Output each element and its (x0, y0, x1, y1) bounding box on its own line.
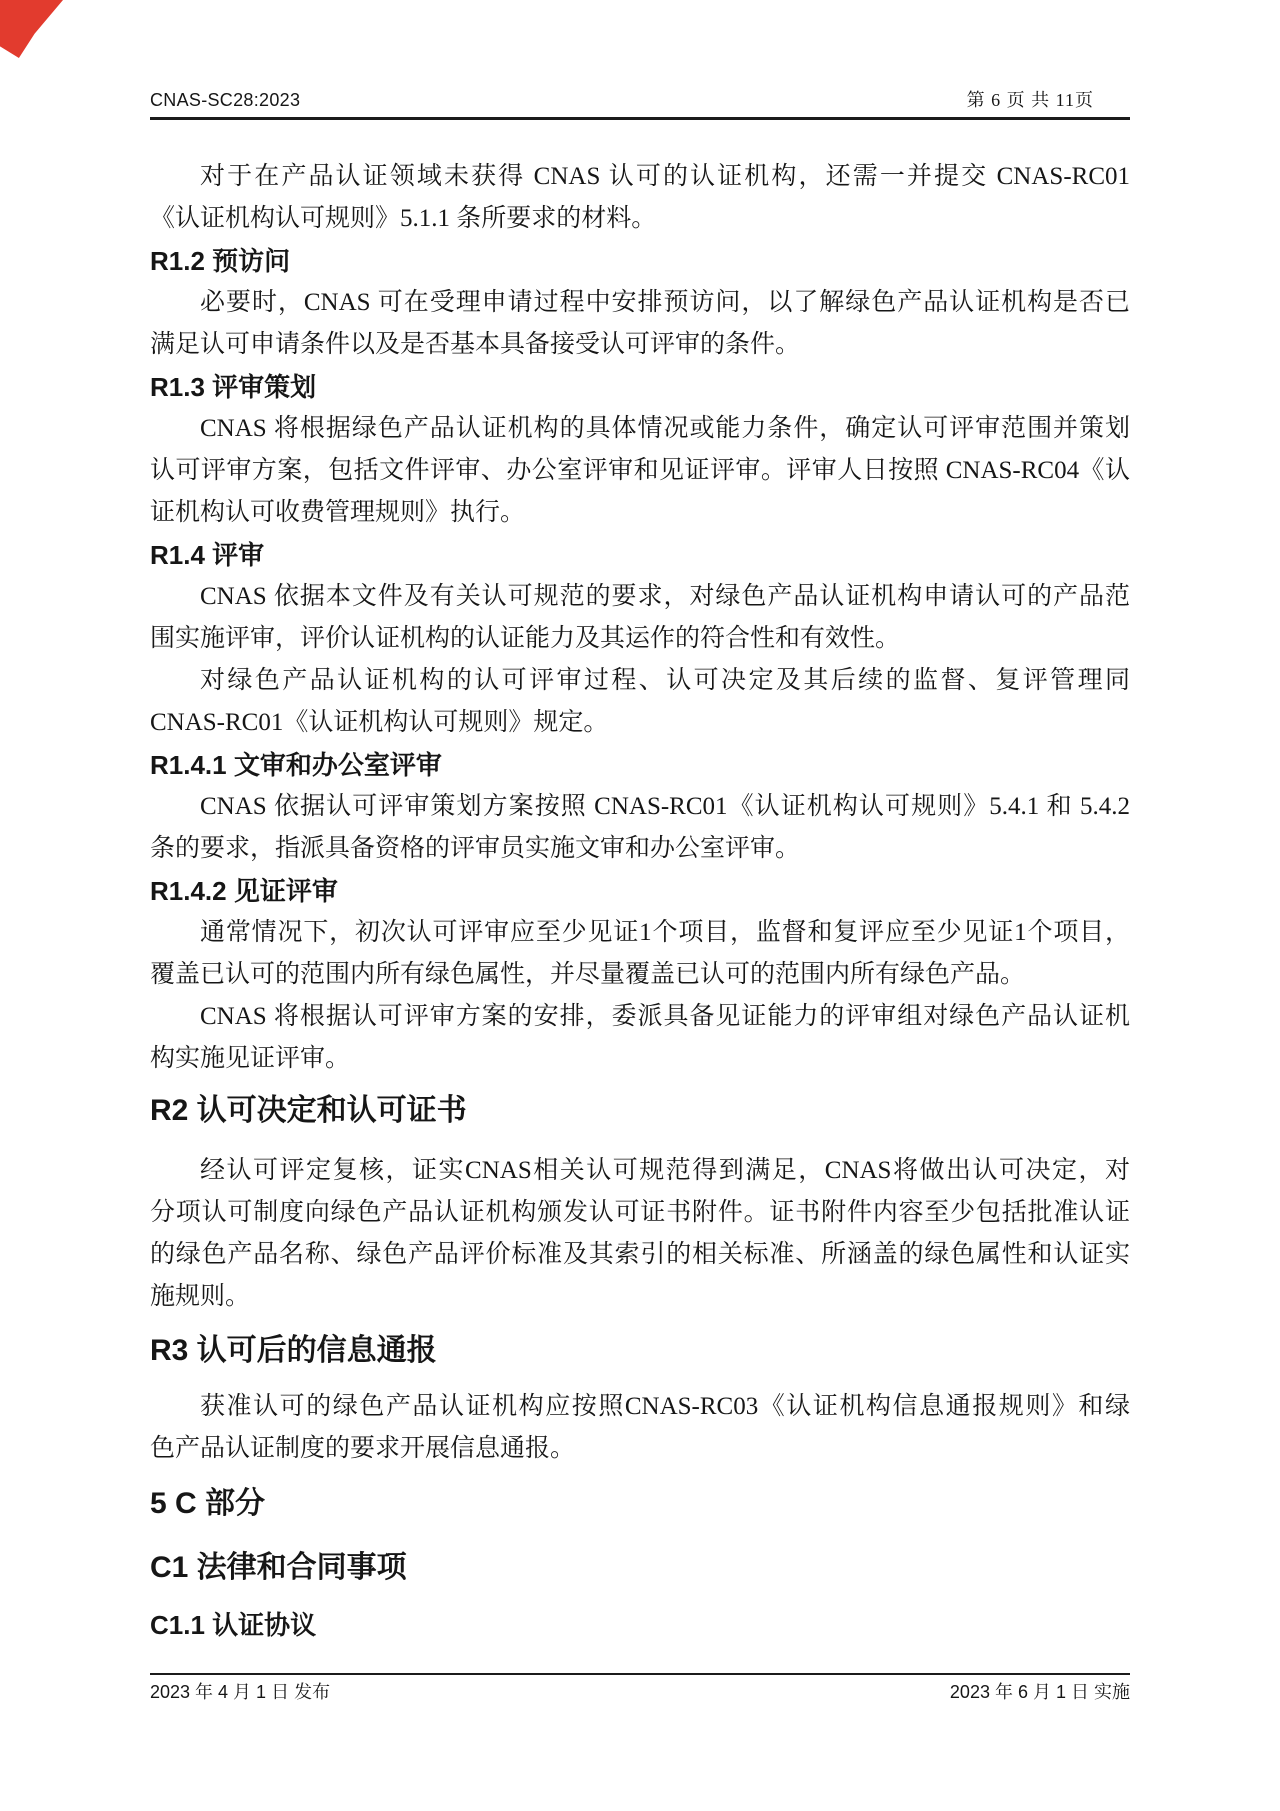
text-line: 经认可评定复核，证实CNAS相关认可规范得到满足，CNAS将做出认可决定，对 (150, 1150, 1130, 1192)
heading-r1-4-1: R1.4.1 文审和办公室评审 (150, 744, 1130, 786)
text-line: 获准认可的绿色产品认证机构应按照CNAS-RC03《认证机构信息通报规则》和绿 (150, 1386, 1130, 1428)
paragraph-rc01-materials: 对于在产品认证领域未获得 CNAS 认可的认证机构，还需一并提交 CNAS-RC… (150, 156, 1130, 240)
text-line: CNAS-RC01《认证机构认可规则》规定。 (150, 702, 1130, 744)
heading-5c: 5 C 部分 (150, 1481, 1130, 1527)
text-line: CNAS 将根据绿色产品认证机构的具体情况或能力条件，确定认可评审范围并策划 (150, 408, 1130, 450)
text-line: CNAS 将根据认可评审方案的安排，委派具备见证能力的评审组对绿色产品认证机 (150, 996, 1130, 1038)
text-line: 围实施评审，评价认证机构的认证能力及其运作的符合性和有效性。 (150, 618, 1130, 660)
heading-text: R3 认可后的信息通报 (150, 1328, 1130, 1374)
text-line: 施规则。 (150, 1276, 1130, 1318)
paragraph-information-reporting: 获准认可的绿色产品认证机构应按照CNAS-RC03《认证机构信息通报规则》和绿色… (150, 1386, 1130, 1470)
text-line: 色产品认证制度的要求开展信息通报。 (150, 1428, 1130, 1470)
heading-text: R1.4.2 见证评审 (150, 870, 1130, 912)
text-line: 《认证机构认可规则》5.1.1 条所要求的材料。 (150, 198, 1130, 240)
header-page-number: 第 6 页 共 11页 (967, 88, 1130, 112)
paragraph-assessment-scope: CNAS 依据本文件及有关认可规范的要求，对绿色产品认证机构申请认可的产品范围实… (150, 576, 1130, 660)
heading-text: C1 法律和合同事项 (150, 1545, 1130, 1591)
header-rule (150, 117, 1130, 120)
text-line: CNAS 依据认可评审策划方案按照 CNAS-RC01《认证机构认可规则》5.4… (150, 786, 1130, 828)
heading-text: R1.2 预访问 (150, 240, 1130, 282)
text-line: 证机构认可收费管理规则》执行。 (150, 492, 1130, 534)
paragraph-assessment-planning: CNAS 将根据绿色产品认证机构的具体情况或能力条件，确定认可评审范围并策划认可… (150, 408, 1130, 534)
heading-text: R1.3 评审策划 (150, 366, 1130, 408)
heading-text: R2 认可决定和认可证书 (150, 1088, 1130, 1134)
text-line: 认可评审方案，包括文件评审、办公室评审和见证评审。评审人日按照 CNAS-RC0… (150, 450, 1130, 492)
text-line: 必要时，CNAS 可在受理申请过程中安排预访问，以了解绿色产品认证机构是否已 (150, 282, 1130, 324)
paragraph-accreditation-decision: 经认可评定复核，证实CNAS相关认可规范得到满足，CNAS将做出认可决定，对分项… (150, 1150, 1130, 1318)
heading-r3: R3 认可后的信息通报 (150, 1328, 1130, 1374)
paragraph-witness-requirements: 通常情况下，初次认可评审应至少见证1个项目，监督和复评应至少见证1个项目，覆盖已… (150, 912, 1130, 996)
heading-r1-3: R1.3 评审策划 (150, 366, 1130, 408)
footer-implementation-date: 2023 年 6 月 1 日 实施 (950, 1680, 1130, 1704)
paragraph-document-review: CNAS 依据认可评审策划方案按照 CNAS-RC01《认证机构认可规则》5.4… (150, 786, 1130, 870)
paragraph-pre-visit: 必要时，CNAS 可在受理申请过程中安排预访问，以了解绿色产品认证机构是否已满足… (150, 282, 1130, 366)
document-page: CNAS-SC28:2023 第 6 页 共 11页 对于在产品认证领域未获得 … (0, 0, 1280, 1811)
heading-r1-4: R1.4 评审 (150, 534, 1130, 576)
text-line: 满足认可申请条件以及是否基本具备接受认可评审的条件。 (150, 324, 1130, 366)
text-line: 覆盖已认可的范围内所有绿色属性，并尽量覆盖已认可的范围内所有绿色产品。 (150, 954, 1130, 996)
text-line: 分项认可制度向绿色产品认证机构颁发认可证书附件。证书附件内容至少包括批准认证 (150, 1192, 1130, 1234)
text-line: 对于在产品认证领域未获得 CNAS 认可的认证机构，还需一并提交 CNAS-RC… (150, 156, 1130, 198)
footer-release-date: 2023 年 4 月 1 日 发布 (150, 1680, 330, 1704)
paragraph-assessment-process: 对绿色产品认证机构的认可评审过程、认可决定及其后续的监督、复评管理同CNAS-R… (150, 660, 1130, 744)
heading-r1-4-2: R1.4.2 见证评审 (150, 870, 1130, 912)
header-doc-code: CNAS-SC28:2023 (150, 88, 300, 112)
heading-c1-1: C1.1 认证协议 (150, 1604, 1130, 1646)
paragraph-witness-team: CNAS 将根据认可评审方案的安排，委派具备见证能力的评审组对绿色产品认证机构实… (150, 996, 1130, 1080)
heading-text: 5 C 部分 (150, 1481, 1130, 1527)
heading-r1-2: R1.2 预访问 (150, 240, 1130, 282)
heading-text: R1.4 评审 (150, 534, 1130, 576)
heading-c1: C1 法律和合同事项 (150, 1545, 1130, 1591)
heading-r2: R2 认可决定和认可证书 (150, 1088, 1130, 1134)
text-line: 通常情况下，初次认可评审应至少见证1个项目，监督和复评应至少见证1个项目， (150, 912, 1130, 954)
footer-rule (150, 1673, 1130, 1675)
text-line: CNAS 依据本文件及有关认可规范的要求，对绿色产品认证机构申请认可的产品范 (150, 576, 1130, 618)
text-line: 构实施见证评审。 (150, 1038, 1130, 1080)
heading-text: C1.1 认证协议 (150, 1604, 1130, 1646)
red-corner-mark (0, 0, 63, 58)
text-line: 的绿色产品名称、绿色产品评价标准及其索引的相关标准、所涵盖的绿色属性和认证实 (150, 1234, 1130, 1276)
text-line: 对绿色产品认证机构的认可评审过程、认可决定及其后续的监督、复评管理同 (150, 660, 1130, 702)
text-line: 条的要求，指派具备资格的评审员实施文审和办公室评审。 (150, 828, 1130, 870)
heading-text: R1.4.1 文审和办公室评审 (150, 744, 1130, 786)
